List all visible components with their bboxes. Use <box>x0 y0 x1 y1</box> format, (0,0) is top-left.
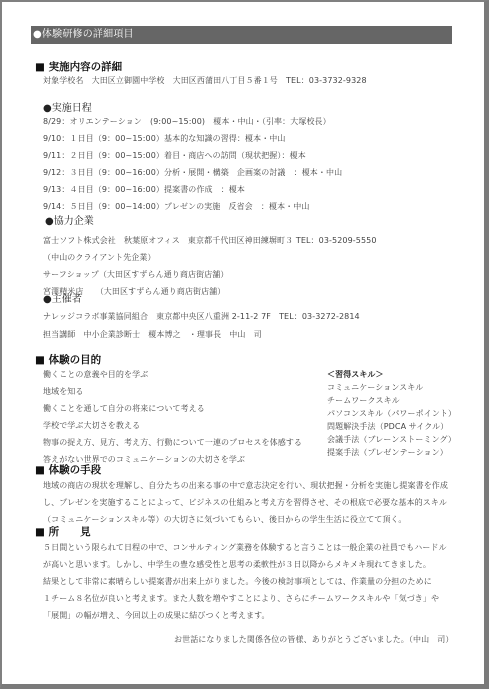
findings-line: 結果として非常に素晴らしい提案書が出来上がりました。今後の検討事項としては、作業… <box>43 576 447 587</box>
method-line: 地域の商店の現状を理解し、自分たちの出来る事の中で意志決定を行い、現状把握・分析… <box>43 480 448 491</box>
section-heading-details: ■ 実施内容の詳細 <box>35 60 122 74</box>
skill-item: コミュニケーションスキル <box>327 382 456 393</box>
schedule-item: 9/11：２日目（9：00~15:00）着目・商店への訪問（現状把握）：榎本 <box>43 150 342 161</box>
goal-item: 働くことを通して自分の将来について考える <box>43 403 302 414</box>
method-line: （コミュニケーションスキル等）の大切さに気づいてもらい、後日からの学生生活に役立… <box>43 514 448 525</box>
goals-list: 働くことの意義や目的を学ぶ 地域を知る 働くことを通して自分の将来について考える… <box>43 369 302 465</box>
section-heading-purpose: ■ 体験の目的 <box>35 353 101 367</box>
findings-line: 「展開」の幅が増え、今回以上の成果に結びつくと考えます。 <box>43 610 447 621</box>
section-heading-findings: ■ 所 見 <box>35 525 91 539</box>
partner-item: （中山のクライアント先企業） <box>43 252 377 263</box>
findings-text: ５日間という限られて日程の中で、コンサルティング業務を体験すると言うことは一般企… <box>43 542 447 621</box>
organizer-item: 担当講師 中小企業診断士 榎本博之 ・理事長 中山 司 <box>43 329 360 340</box>
schedule-item: 8/29：オリエンテーション (9:00~15:00) 榎本・中山・（引率：大塚… <box>43 116 342 127</box>
goal-item: 学校で学ぶ大切さを教える <box>43 420 302 431</box>
skill-item: パソコンスキル（パワーポイント） <box>327 408 456 419</box>
findings-line: が高いと思います。しかし、中学生の豊な感受性と思考の柔軟性が３日以降からメキメキ… <box>43 559 447 570</box>
organizer-list: ナレッジコラボ事業協同組合 東京都中央区八重洲 2-11-2 7F TEL：03… <box>43 311 360 340</box>
skill-item: 提案手法（プレゼンテーション） <box>327 447 456 458</box>
schedule-item: 9/10：１日目（9：00~15:00）基本的な知識の習得：榎本・中山 <box>43 133 342 144</box>
goal-item: 地域を知る <box>43 386 302 397</box>
organizer-item: ナレッジコラボ事業協同組合 東京都中央区八重洲 2-11-2 7F TEL：03… <box>43 311 360 322</box>
schedule-heading: ●実施日程 <box>43 102 92 116</box>
school-info: 対象学校名 大田区立御園中学校 大田区西蒲田八丁目５番１号 TEL：03-373… <box>43 75 367 86</box>
schedule-item: 9/13：４日目（9：00~16:00）提案書の作成 ：榎本 <box>43 184 342 195</box>
schedule-item: 9/14：５日目（9：00~14:00）プレゼンの実施 反省会 ：榎本・中山 <box>43 201 342 212</box>
partners-list: 富士ソフト株式会社 秋葉原オフィス 東京都千代田区神田練塀町３ TEL：03-5… <box>43 235 377 297</box>
skills-heading: ＜習得スキル＞ <box>327 369 456 380</box>
partner-item: 富士ソフト株式会社 秋葉原オフィス 東京都千代田区神田練塀町３ TEL：03-5… <box>43 235 377 246</box>
document-page: ●体験研修の詳細項目 ■ 実施内容の詳細 対象学校名 大田区立御園中学校 大田区… <box>0 0 489 689</box>
partner-item: 宮澤精米店 （大田区すずらん通り商店街店舗） <box>43 286 377 297</box>
schedule-list: 8/29：オリエンテーション (9:00~15:00) 榎本・中山・（引率：大塚… <box>43 116 342 212</box>
section-heading-method: ■ 体験の手段 <box>35 463 101 477</box>
findings-line: １チーム８名位が良いと考えます。また人数を増やすことにより、さらにチームワークス… <box>43 593 447 604</box>
partners-heading: ●協力企業 <box>45 215 94 229</box>
closing-remark: お世話になりました関係各位の皆様、ありがとうございました。（中山 司） <box>174 634 454 645</box>
method-text: 地域の商店の現状を理解し、自分たちの出来る事の中で意志決定を行い、現状把握・分析… <box>43 480 448 525</box>
document-title-bar: ●体験研修の詳細項目 <box>31 26 452 44</box>
goal-item: 物事の捉え方、見方、考え方、行動について一連のプロセスを体感する <box>43 437 302 448</box>
skill-item: チームワークスキル <box>327 395 456 406</box>
partner-item: サーフショップ（大田区すずらん通り商店街店舗） <box>43 269 377 280</box>
goal-item: 働くことの意義や目的を学ぶ <box>43 369 302 380</box>
skills-list: ＜習得スキル＞ コミュニケーションスキル チームワークスキル パソコンスキル（パ… <box>327 369 456 458</box>
skill-item: 会議手法（ブレーンストーミング） <box>327 434 456 445</box>
schedule-item: 9/12：３日目（9：00~16:00）分析・展開・構築 企画案の討議 ：榎本・… <box>43 167 342 178</box>
skill-item: 問題解決手法（PDCA サイクル） <box>327 421 456 432</box>
findings-line: ５日間という限られて日程の中で、コンサルティング業務を体験すると言うことは一般企… <box>43 542 447 553</box>
method-line: し、プレゼンを実施することによって、ビジネスの仕組みと考え方を習得させ、その根底… <box>43 497 448 508</box>
organizer-heading: ●主催者 <box>43 293 82 307</box>
